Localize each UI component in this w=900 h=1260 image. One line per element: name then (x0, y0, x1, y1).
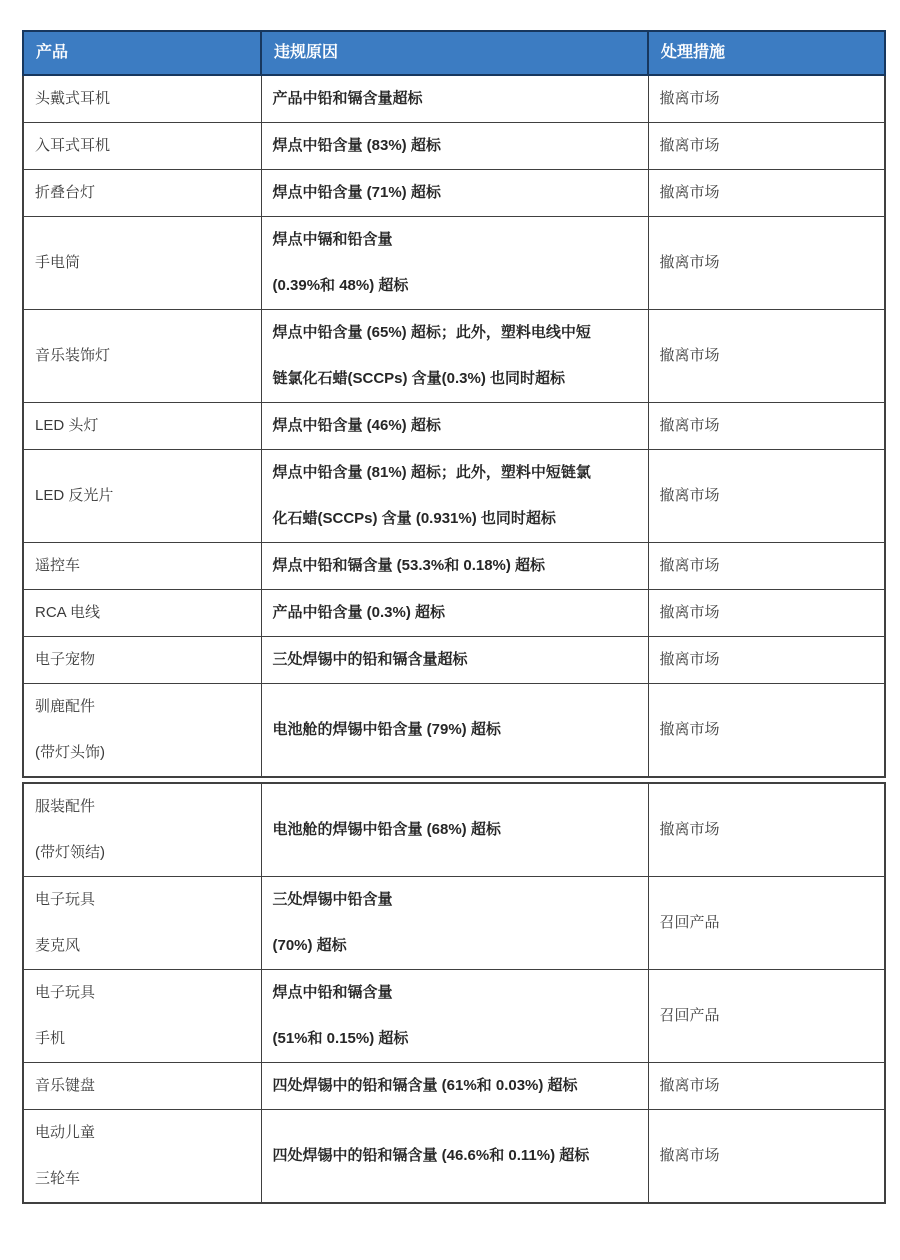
action-cell: 撤离市场 (648, 75, 885, 123)
action-cell: 撤离市场 (648, 1063, 885, 1110)
action-cell: 撤离市场 (648, 170, 885, 217)
col-header-reason: 违规原因 (261, 31, 648, 75)
col-header-product: 产品 (23, 31, 261, 75)
product-cell: 音乐装饰灯 (23, 310, 261, 403)
table-row: 电子宠物三处焊锡中的铅和镉含量超标撤离市场 (23, 637, 885, 684)
product-cell: 遥控车 (23, 543, 261, 590)
action-cell: 撤离市场 (648, 783, 885, 877)
reason-cell: 焊点中镉和铅含量 (0.39%和 48%) 超标 (261, 217, 648, 310)
table-row: 头戴式耳机产品中铅和镉含量超标撤离市场 (23, 75, 885, 123)
table-row: 音乐装饰灯焊点中铅含量 (65%) 超标；此外，塑料电线中短 链氯化石蜡(SCC… (23, 310, 885, 403)
reason-cell: 焊点中铅含量 (83%) 超标 (261, 123, 648, 170)
table-row: 驯鹿配件 (带灯头饰)电池舱的焊锡中铅含量 (79%) 超标撤离市场 (23, 684, 885, 778)
reason-cell: 电池舱的焊锡中铅含量 (68%) 超标 (261, 783, 648, 877)
reason-cell: 焊点中铅和镉含量 (53.3%和 0.18%) 超标 (261, 543, 648, 590)
action-cell: 撤离市场 (648, 1110, 885, 1204)
table-row: 电动儿童 三轮车四处焊锡中的铅和镉含量 (46.6%和 0.11%) 超标撤离市… (23, 1110, 885, 1204)
reason-cell: 四处焊锡中的铅和镉含量 (61%和 0.03%) 超标 (261, 1063, 648, 1110)
reason-cell: 焊点中铅和镉含量 (51%和 0.15%) 超标 (261, 970, 648, 1063)
table-row: LED 反光片焊点中铅含量 (81%) 超标；此外，塑料中短链氯 化石蜡(SCC… (23, 450, 885, 543)
header-row: 产品 违规原因 处理措施 (23, 31, 885, 75)
table-row: 手电筒焊点中镉和铅含量 (0.39%和 48%) 超标撤离市场 (23, 217, 885, 310)
violation-table-part-2: 服装配件 (带灯领结)电池舱的焊锡中铅含量 (68%) 超标撤离市场电子玩具 麦… (22, 782, 886, 1204)
table-row: 折叠台灯焊点中铅含量 (71%) 超标撤离市场 (23, 170, 885, 217)
reason-cell: 产品中铅含量 (0.3%) 超标 (261, 590, 648, 637)
action-cell: 撤离市场 (648, 403, 885, 450)
product-cell: LED 反光片 (23, 450, 261, 543)
action-cell: 撤离市场 (648, 684, 885, 778)
col-header-action: 处理措施 (648, 31, 885, 75)
reason-cell: 焊点中铅含量 (46%) 超标 (261, 403, 648, 450)
table-row: LED 头灯焊点中铅含量 (46%) 超标撤离市场 (23, 403, 885, 450)
table-row: 入耳式耳机焊点中铅含量 (83%) 超标撤离市场 (23, 123, 885, 170)
product-cell: 驯鹿配件 (带灯头饰) (23, 684, 261, 778)
reason-cell: 焊点中铅含量 (81%) 超标；此外，塑料中短链氯 化石蜡(SCCPs) 含量 … (261, 450, 648, 543)
action-cell: 撤离市场 (648, 543, 885, 590)
table-row: 遥控车焊点中铅和镉含量 (53.3%和 0.18%) 超标撤离市场 (23, 543, 885, 590)
violation-table-part-1: 产品 违规原因 处理措施 头戴式耳机产品中铅和镉含量超标撤离市场入耳式耳机焊点中… (22, 30, 886, 778)
product-cell: 电动儿童 三轮车 (23, 1110, 261, 1204)
reason-cell: 产品中铅和镉含量超标 (261, 75, 648, 123)
product-cell: 手电筒 (23, 217, 261, 310)
action-cell: 撤离市场 (648, 637, 885, 684)
product-cell: 电子宠物 (23, 637, 261, 684)
product-cell: 头戴式耳机 (23, 75, 261, 123)
reason-cell: 三处焊锡中铅含量 (70%) 超标 (261, 877, 648, 970)
action-cell: 撤离市场 (648, 590, 885, 637)
reason-cell: 焊点中铅含量 (65%) 超标；此外，塑料电线中短 链氯化石蜡(SCCPs) 含… (261, 310, 648, 403)
product-cell: 电子玩具 麦克风 (23, 877, 261, 970)
reason-cell: 四处焊锡中的铅和镉含量 (46.6%和 0.11%) 超标 (261, 1110, 648, 1204)
action-cell: 召回产品 (648, 877, 885, 970)
table-row: 音乐键盘四处焊锡中的铅和镉含量 (61%和 0.03%) 超标撤离市场 (23, 1063, 885, 1110)
action-cell: 撤离市场 (648, 310, 885, 403)
action-cell: 召回产品 (648, 970, 885, 1063)
product-cell: 服装配件 (带灯领结) (23, 783, 261, 877)
reason-cell: 焊点中铅含量 (71%) 超标 (261, 170, 648, 217)
document-page: 产品 违规原因 处理措施 头戴式耳机产品中铅和镉含量超标撤离市场入耳式耳机焊点中… (0, 0, 900, 1204)
action-cell: 撤离市场 (648, 217, 885, 310)
action-cell: 撤离市场 (648, 450, 885, 543)
product-cell: 电子玩具 手机 (23, 970, 261, 1063)
product-cell: 音乐键盘 (23, 1063, 261, 1110)
reason-cell: 电池舱的焊锡中铅含量 (79%) 超标 (261, 684, 648, 778)
product-cell: 折叠台灯 (23, 170, 261, 217)
product-cell: 入耳式耳机 (23, 123, 261, 170)
product-cell: RCA 电线 (23, 590, 261, 637)
table-row: 电子玩具 麦克风三处焊锡中铅含量 (70%) 超标召回产品 (23, 877, 885, 970)
product-cell: LED 头灯 (23, 403, 261, 450)
reason-cell: 三处焊锡中的铅和镉含量超标 (261, 637, 648, 684)
action-cell: 撤离市场 (648, 123, 885, 170)
table-row: 电子玩具 手机焊点中铅和镉含量 (51%和 0.15%) 超标召回产品 (23, 970, 885, 1063)
table-row: RCA 电线产品中铅含量 (0.3%) 超标撤离市场 (23, 590, 885, 637)
table-row: 服装配件 (带灯领结)电池舱的焊锡中铅含量 (68%) 超标撤离市场 (23, 783, 885, 877)
